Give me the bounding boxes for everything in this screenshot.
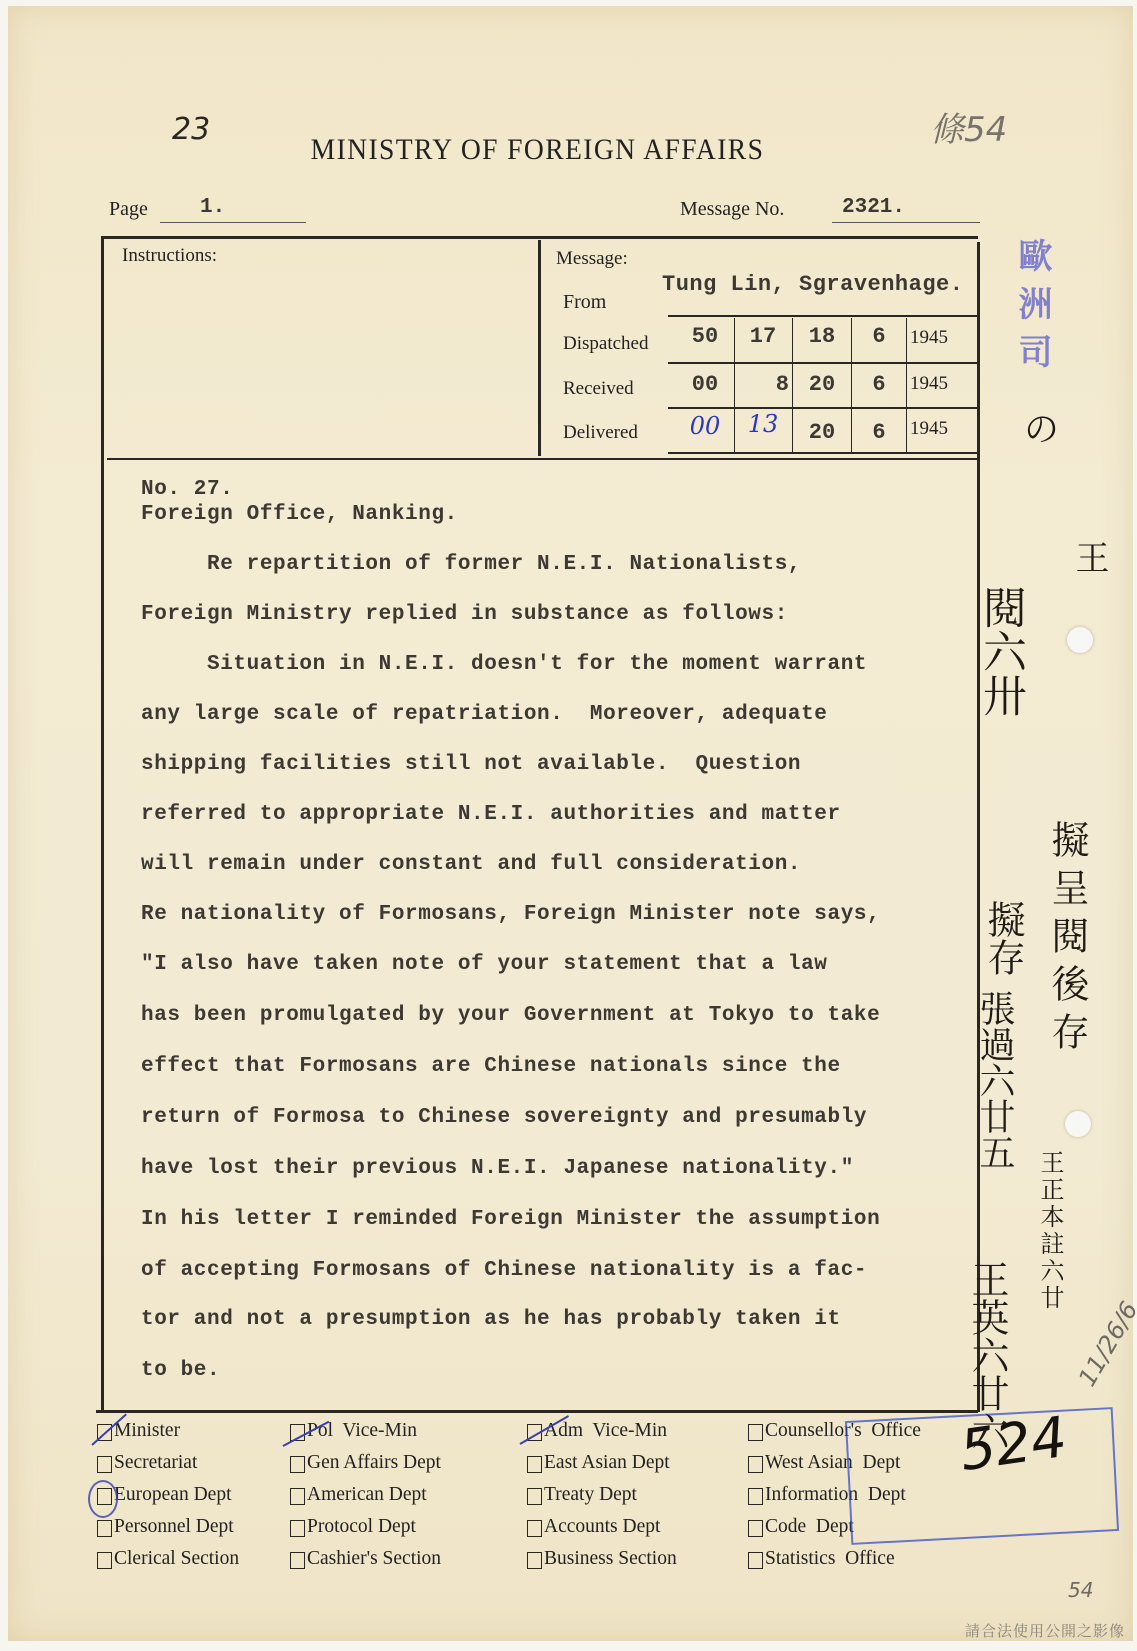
checkbox-icon[interactable] (748, 1488, 763, 1505)
checkbox-treaty-dept[interactable]: Treaty Dept (527, 1484, 637, 1506)
department-stamp: 歐洲司 (1008, 238, 1057, 382)
punch-hole (1067, 627, 1093, 653)
body-line: to be. (141, 1359, 220, 1382)
routing-row-rule (668, 315, 978, 317)
body-line: "I also have taken note of your statemen… (141, 953, 828, 976)
dispatched-day: 18 (795, 324, 849, 349)
delivered-day: 20 (795, 420, 849, 445)
checkbox-icon[interactable] (527, 1552, 542, 1569)
checkbox-icon[interactable] (97, 1552, 112, 1569)
checkbox-icon[interactable] (290, 1488, 305, 1505)
checkbox-icon[interactable] (527, 1488, 542, 1505)
checkbox-american-dept[interactable]: American Dept (290, 1484, 427, 1506)
checkbox-icon[interactable] (748, 1552, 763, 1569)
handwritten-annotation: 王正本註六廿 (1038, 1150, 1062, 1312)
delivered-month: 6 (854, 420, 904, 445)
dispatched-minute: 50 (680, 324, 730, 349)
checkbox-clerical-section[interactable]: Clerical Section (97, 1548, 239, 1570)
dispatched-hour: 17 (737, 324, 789, 349)
delivered-year: 1945 (910, 418, 948, 440)
checkbox-business-section[interactable]: Business Section (527, 1548, 677, 1570)
handwritten-annotation: 王 (1072, 540, 1106, 574)
header-divider-horizontal (107, 458, 977, 460)
instructions-label: Instructions: (122, 245, 217, 267)
body-line: return of Formosa to Chinese sovereignty… (141, 1106, 867, 1129)
routing-row-rule (668, 362, 978, 364)
body-line: have lost their previous N.E.I. Japanese… (141, 1157, 854, 1180)
punch-hole (1065, 1111, 1091, 1137)
delivered-label: Delivered (563, 422, 638, 444)
body-line: No. 27. (141, 478, 233, 501)
box-left-border (101, 236, 104, 1412)
checkbox-statistics-office[interactable]: Statistics Office (748, 1548, 895, 1570)
checkbox-icon[interactable] (97, 1520, 112, 1537)
body-line: referred to appropriate N.E.I. authoriti… (141, 803, 841, 826)
checkbox-minister[interactable]: Minister (97, 1420, 180, 1442)
body-line: shipping facilities still not available.… (141, 753, 801, 776)
body-line: Situation in N.E.I. doesn't for the mome… (141, 653, 867, 676)
body-line: has been promulgated by your Government … (141, 1004, 880, 1027)
page-label: Page (109, 198, 148, 221)
box-top-border (101, 236, 978, 239)
box-bottom-border (96, 1410, 978, 1413)
handwritten-annotation: 王英六廿六 (968, 1260, 1006, 1450)
message-no-underline (832, 222, 980, 223)
body-line: Foreign Office, Nanking. (141, 503, 458, 526)
checkbox-icon[interactable] (748, 1520, 763, 1537)
received-label: Received (563, 378, 634, 400)
header-divider-vertical (538, 240, 541, 456)
routing-row-rule (668, 407, 978, 409)
page-value: 1. (200, 196, 225, 219)
checkbox-icon[interactable] (527, 1520, 542, 1537)
checkbox-east-asian-dept[interactable]: East Asian Dept (527, 1452, 670, 1474)
from-label: From (563, 291, 606, 314)
body-line: Re repartition of former N.E.I. National… (141, 553, 801, 576)
delivered-minute-handwritten: 00 (680, 412, 730, 440)
body-line: will remain under constant and full cons… (141, 853, 801, 876)
checkbox-icon[interactable] (527, 1456, 542, 1473)
letterhead-title: MINISTRY OF FOREIGN AFFAIRS (43, 133, 1032, 167)
checkbox-accounts-dept[interactable]: Accounts Dept (527, 1516, 660, 1538)
handwritten-annotation: 閱六卅 (978, 585, 1022, 717)
archive-watermark: 請合法使用公開之影像 (965, 1620, 1125, 1641)
routing-row-rule (668, 452, 978, 454)
received-minute: 00 (680, 372, 730, 397)
checkbox-icon[interactable] (290, 1456, 305, 1473)
body-line: effect that Formosans are Chinese nation… (141, 1055, 841, 1078)
dispatched-month: 6 (854, 324, 904, 349)
body-line: any large scale of repatriation. Moreove… (141, 703, 828, 726)
dispatched-label: Dispatched (563, 333, 648, 355)
body-line: of accepting Formosans of Chinese nation… (141, 1259, 867, 1282)
handwritten-annotation: 擬呈閱後存 (1048, 820, 1086, 1060)
checkbox-icon[interactable] (97, 1456, 112, 1473)
checkbox-gen-affairs-dept[interactable]: Gen Affairs Dept (290, 1452, 441, 1474)
box-right-border (977, 242, 980, 1412)
message-no-value: 2321. (842, 196, 905, 219)
message-no-label: Message No. (680, 198, 784, 221)
checkbox-icon[interactable] (290, 1520, 305, 1537)
checkbox-cashiers-section[interactable]: Cashier's Section (290, 1548, 441, 1570)
pencil-page-mark: 54 (1068, 1578, 1093, 1602)
body-line: Foreign Ministry replied in substance as… (141, 603, 788, 626)
checkbox-protocol-dept[interactable]: Protocol Dept (290, 1516, 416, 1538)
checkbox-secretariat[interactable]: Secretariat (97, 1452, 197, 1474)
checkbox-icon[interactable] (748, 1456, 763, 1473)
routing-col-rule (906, 318, 907, 452)
handwritten-annotation: 擬存 (984, 900, 1022, 976)
routing-col-rule (734, 318, 735, 452)
body-line: Re nationality of Formosans, Foreign Min… (141, 903, 880, 926)
handwritten-annotation: 張過六廿五 (976, 990, 1012, 1170)
received-year: 1945 (910, 373, 948, 395)
checkbox-personnel-dept[interactable]: Personnel Dept (97, 1516, 234, 1538)
checkbox-icon[interactable] (748, 1424, 763, 1441)
circle-mark-european-dept-icon (88, 1480, 118, 1518)
from-value: Tung Lin, Sgravenhage. (662, 272, 963, 297)
message-label: Message: (556, 248, 628, 270)
received-month: 6 (854, 372, 904, 397)
body-line: In his letter I reminded Foreign Ministe… (141, 1208, 880, 1231)
received-hour: 8 (737, 372, 789, 397)
dispatched-year: 1945 (910, 327, 948, 349)
checkbox-icon[interactable] (290, 1552, 305, 1569)
routing-col-rule (792, 318, 793, 452)
received-day: 20 (795, 372, 849, 397)
checkbox-adm-vice-min[interactable]: Adm Vice-Min (527, 1420, 667, 1442)
routing-col-rule (851, 318, 852, 452)
handwritten-annotation: の (1020, 410, 1056, 446)
page-field-underline (160, 222, 306, 223)
delivered-hour-handwritten: 13 (737, 410, 789, 438)
checkbox-code-dept[interactable]: Code Dept (748, 1516, 854, 1538)
body-line: tor and not a presumption as he has prob… (141, 1308, 841, 1331)
